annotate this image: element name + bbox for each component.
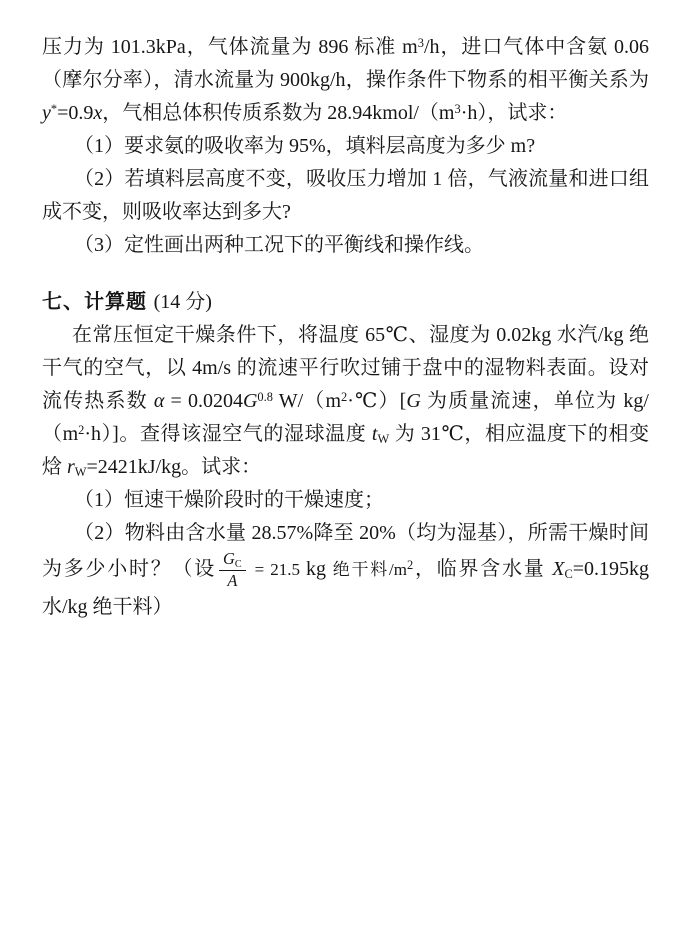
- problem7-question-1: （1）恒速干燥阶段时的干燥速度；: [42, 484, 649, 517]
- problem6-question-2: （2）若填料层高度不变，吸收压力增加 1 倍，气液流量和进口组成不变，则吸收率达…: [42, 163, 649, 229]
- problem6-question-1: （1）要求氨的吸收率为 95%，填料层高度为多少 m?: [42, 130, 649, 163]
- fraction: GCA: [219, 550, 246, 591]
- problem6-body-text: 压力为 101.3kPa，气体流量为 896 标准 m3/h，进口气体中含氨 0…: [42, 31, 649, 130]
- page-content: 压力为 101.3kPa，气体流量为 896 标准 m3/h，进口气体中含氨 0…: [0, 0, 682, 624]
- problem7-body-text: 在常压恒定干燥条件下，将温度 65℃、湿度为 0.02kg 水汽/kg 绝干气的…: [42, 319, 649, 484]
- problem7-question-2: （2）物料由含水量 28.57%降至 20%（均为湿基），所需干燥时间为多少小时…: [42, 517, 649, 624]
- problem6-question-3: （3）定性画出两种工况下的平衡线和操作线。: [42, 229, 649, 262]
- section7-heading: 七、计算题 (14 分): [42, 286, 649, 319]
- document-page: 压力为 101.3kPa，气体流量为 896 标准 m3/h，进口气体中含氨 0…: [0, 0, 682, 937]
